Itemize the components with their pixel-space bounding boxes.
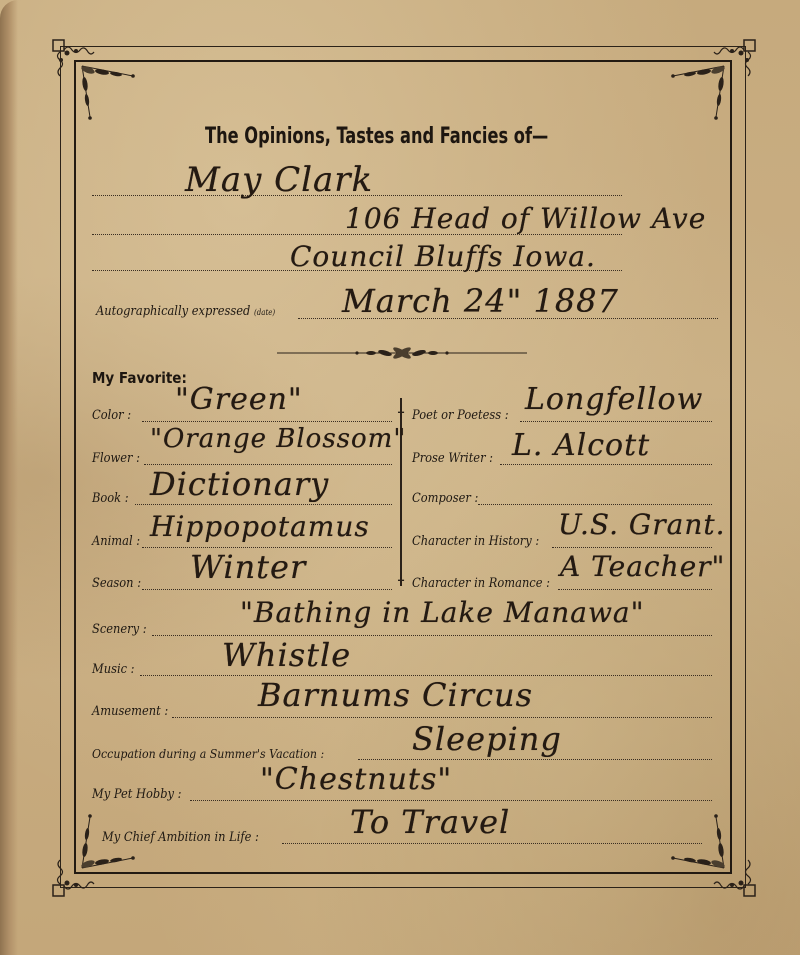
favorite-prose-writer-label: Prose Writer : <box>412 451 493 466</box>
page-edge-shadow <box>0 0 18 955</box>
favorite-romance-character-label: Character in Romance : <box>412 576 550 591</box>
favorite-romance-character-line <box>558 589 712 590</box>
favorite-prose-writer-line <box>500 464 712 465</box>
divider-tick-top-icon: ✝ <box>395 408 407 420</box>
favorite-history-character-line <box>552 547 712 548</box>
owner-name: May Clark <box>185 160 373 200</box>
favorite-animal-label: Animal : <box>92 534 140 549</box>
address-city: Council Bluffs Iowa. <box>290 240 596 273</box>
page-title: The Opinions, Tastes and Fancies of— <box>205 124 549 154</box>
date-value: March 24" 1887 <box>342 282 619 320</box>
favorite-composer-line <box>478 504 712 505</box>
leaf-sprig-bottom-right-icon <box>668 812 728 872</box>
leaf-sprig-top-right-icon <box>668 62 728 122</box>
favorite-flower-label: Flower : <box>92 451 140 466</box>
favorite-music-label: Music : <box>92 662 135 677</box>
favorite-season-label: Season : <box>92 576 141 591</box>
favorite-amusement-value: Barnums Circus <box>258 676 533 714</box>
favorite-color-value: "Green" <box>175 382 303 417</box>
favorite-scenery-value: "Bathing in Lake Manawa" <box>240 596 645 629</box>
divider-tick-bottom-icon: ✝ <box>395 576 407 588</box>
pet-hobby-label: My Pet Hobby : <box>92 787 181 802</box>
summer-vacation-line <box>358 759 712 760</box>
favorite-prose-writer-value: L. Alcott <box>512 428 650 463</box>
favorite-poet-line <box>520 421 712 422</box>
separator-ornament-icon <box>277 345 527 361</box>
favorite-amusement-label: Amusement : <box>92 704 168 719</box>
chief-ambition-label: My Chief Ambition in Life : <box>102 830 259 845</box>
favorite-romance-character-value: A Teacher" <box>560 550 725 583</box>
favorite-history-character-label: Character in History : <box>412 534 539 549</box>
favorite-animal-value: Hippopotamus <box>150 510 370 543</box>
chief-ambition-value: To Travel <box>350 803 510 841</box>
chief-ambition-line <box>282 843 702 844</box>
favorite-flower-value: "Orange Blossom" <box>150 424 406 454</box>
favorite-season-value: Winter <box>190 548 306 586</box>
favorite-book-value: Dictionary <box>150 465 329 503</box>
favorite-music-value: Whistle <box>222 636 351 674</box>
pet-hobby-value: "Chestnuts" <box>260 762 452 797</box>
favorite-color-line <box>142 421 392 422</box>
favorite-composer-label: Composer : <box>412 491 478 506</box>
pet-hobby-line <box>190 800 712 801</box>
favorites-heading: My Favorite: <box>92 369 187 387</box>
favorite-book-label: Book : <box>92 491 129 506</box>
favorite-color-label: Color : <box>92 408 131 423</box>
favorite-poet-value: Longfellow <box>525 382 703 417</box>
address-street: 106 Head of Willow Ave <box>345 202 706 235</box>
favorite-history-character-value: U.S. Grant. <box>558 508 726 541</box>
summer-vacation-label: Occupation during a Summer's Vacation : <box>92 746 324 761</box>
leaf-sprig-top-left-icon <box>78 62 138 122</box>
summer-vacation-value: Sleeping <box>412 720 562 758</box>
favorite-poet-label: Poet or Poetess : <box>412 408 509 423</box>
album-page: The Opinions, Tastes and Fancies of— May… <box>0 0 800 955</box>
favorite-scenery-label: Scenery : <box>92 622 147 637</box>
favorite-season-line <box>142 589 392 590</box>
favorite-amusement-line <box>172 717 712 718</box>
date-label: Autographically expressed (date) <box>96 304 275 319</box>
favorite-book-line <box>135 504 392 505</box>
